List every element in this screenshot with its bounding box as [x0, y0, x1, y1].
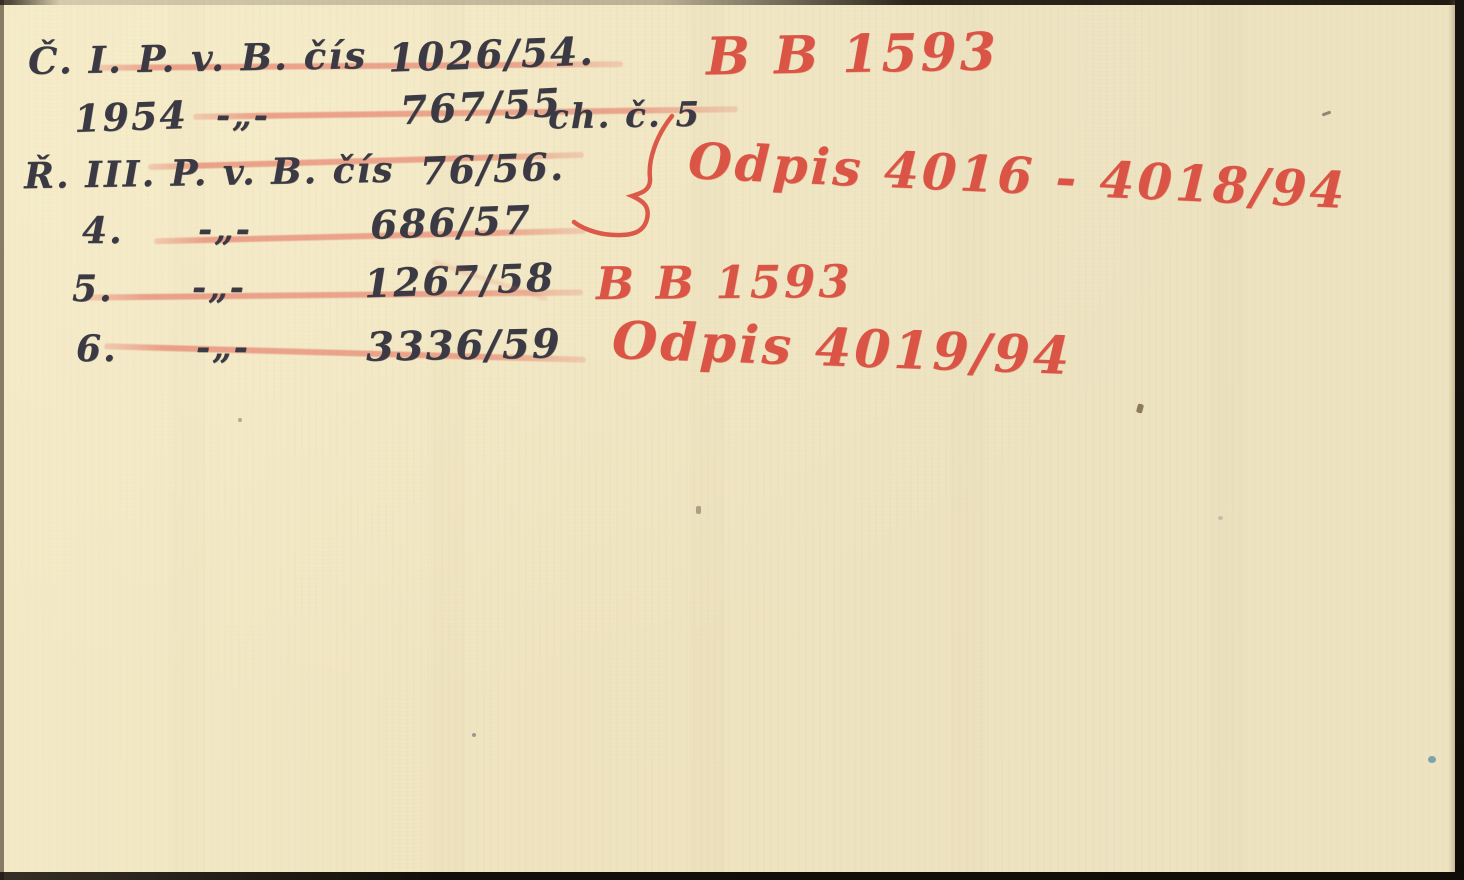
- paper-speck: [1218, 516, 1223, 520]
- annotation-odpis-range: Odpis 4016 - 4018/94: [687, 131, 1349, 220]
- row5-ditto-mark: -„-: [192, 268, 246, 308]
- paper-speck: [696, 506, 701, 514]
- row4-ditto-mark: -„-: [198, 210, 252, 250]
- scanned-index-card: Č. I. P. v. B. čís 1026/54. 1954 -„- 767…: [0, 0, 1464, 880]
- row3-number: 76/56.: [419, 143, 565, 193]
- scan-edge-left: [0, 0, 4, 880]
- row1-number: 1026/54.: [387, 28, 595, 81]
- row1-label: Č. I. P. v. B. čís: [28, 33, 368, 83]
- row2-number: 767/55: [399, 80, 563, 134]
- row2-ditto-mark: -„-: [216, 96, 270, 136]
- annotation-bb-top: B B 1593: [705, 21, 999, 87]
- annotation-bb-mid: B B 1593: [596, 255, 853, 310]
- scan-edge-top: [0, 0, 1464, 5]
- row5-label: 5.: [72, 268, 114, 310]
- paper-speck: [1322, 111, 1331, 117]
- row4-label: 4.: [82, 210, 124, 252]
- scan-edge-bottom: [0, 872, 1464, 880]
- paper-speck: [1428, 756, 1436, 763]
- scan-edge-right: [1455, 0, 1464, 880]
- annotation-odpis-single: Odpis 4019/94: [611, 310, 1073, 387]
- paper-speck: [238, 418, 242, 422]
- paper-speck: [1136, 403, 1144, 413]
- row6-number: 3336/59: [366, 320, 562, 370]
- red-brace-icon: [556, 102, 696, 252]
- row2-label: 1954: [73, 92, 188, 141]
- row6-label: 6.: [76, 328, 118, 370]
- row6-ditto-mark: -„-: [196, 328, 250, 368]
- paper-speck: [472, 733, 476, 737]
- row3-label: Ř. III. P. v. B. čís: [24, 149, 395, 197]
- row4-number: 686/57: [369, 197, 532, 249]
- row5-number: 1267/58: [363, 255, 556, 308]
